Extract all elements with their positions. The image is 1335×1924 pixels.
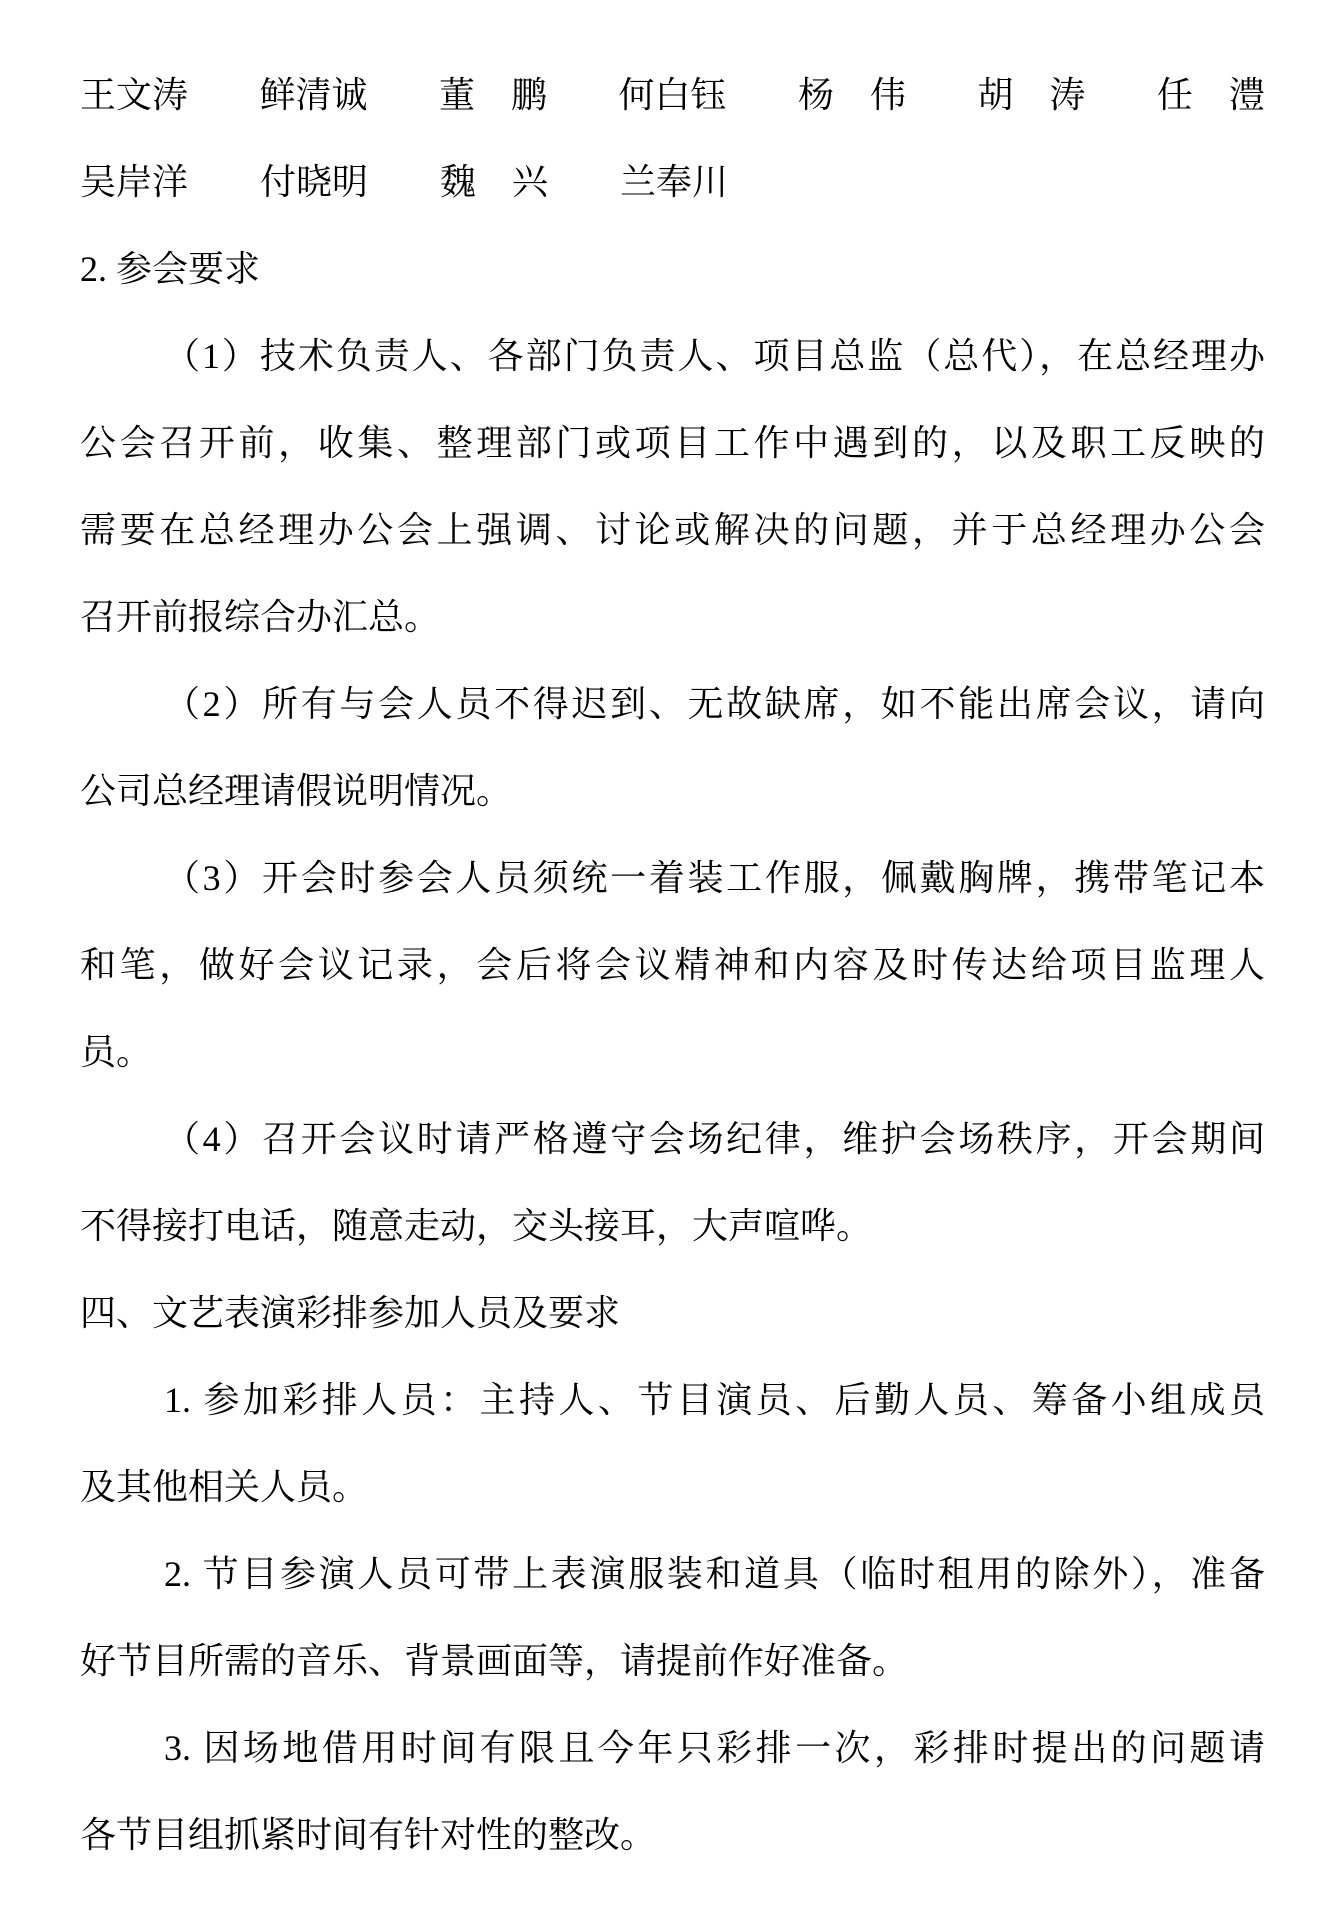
req-1-line-2: 公会召开前，收集、整理部门或项目工作中遇到的，以及职工反映的	[80, 400, 1265, 487]
req-1-line-3: 需要在总经理办公会上强调、讨论或解决的问题，并于总经理办公会	[80, 487, 1265, 574]
rehearsal-1-line-2: 及其他相关人员。	[80, 1444, 1265, 1531]
attendee-name: 董 鹏	[439, 52, 547, 139]
req-3-line-2: 和笔，做好会议记录，会后将会议精神和内容及时传达给项目监理人	[80, 922, 1265, 1009]
document-page: 王文涛 鲜清诚 董 鹏 何白钰 杨 伟 胡 涛 任 澧 吴岸洋 付晓明 魏 兴 …	[0, 0, 1335, 1924]
req-1-line-1: （1）技术负责人、各部门负责人、项目总监（总代），在总经理办	[80, 313, 1265, 400]
rehearsal-1-line-1: 1. 参加彩排人员：主持人、节目演员、后勤人员、筹备小组成员	[80, 1357, 1265, 1444]
attendee-name: 王文涛	[80, 52, 188, 139]
rehearsal-2-line-2: 好节目所需的音乐、背景画面等，请提前作好准备。	[80, 1618, 1265, 1705]
rehearsal-3-line-1: 3. 因场地借用时间有限且今年只彩排一次，彩排时提出的问题请	[80, 1705, 1265, 1792]
rehearsal-3-line-2: 各节目组抓紧时间有针对性的整改。	[80, 1792, 1265, 1879]
req-2-line-2: 公司总经理请假说明情况。	[80, 748, 1265, 835]
attendee-name: 何白钰	[618, 52, 726, 139]
req-3-line-3: 员。	[80, 1009, 1265, 1096]
req-3-line-1: （3）开会时参会人员须统一着装工作服，佩戴胸牌，携带笔记本	[80, 835, 1265, 922]
req-4-line-2: 不得接打电话，随意走动，交头接耳，大声喧哗。	[80, 1183, 1265, 1270]
attendee-name: 杨 伟	[798, 52, 906, 139]
attendee-name: 胡 涛	[977, 52, 1085, 139]
heading-rehearsal-section: 四、文艺表演彩排参加人员及要求	[80, 1270, 1265, 1357]
heading-meeting-requirements: 2. 参会要求	[80, 226, 1265, 313]
attendee-name: 兰奉川	[620, 139, 728, 226]
req-2-line-1: （2）所有与会人员不得迟到、无故缺席，如不能出席会议，请向	[80, 661, 1265, 748]
attendee-name: 鲜清诚	[259, 52, 367, 139]
attendee-name: 吴岸洋	[80, 139, 188, 226]
rehearsal-2-line-1: 2. 节目参演人员可带上表演服装和道具（临时租用的除外），准备	[80, 1531, 1265, 1618]
attendee-name: 任 澧	[1157, 52, 1265, 139]
attendee-name: 付晓明	[260, 139, 368, 226]
attendee-name: 魏 兴	[440, 139, 548, 226]
attendee-names-row-1: 王文涛 鲜清诚 董 鹏 何白钰 杨 伟 胡 涛 任 澧	[80, 52, 1265, 139]
req-1-line-4: 召开前报综合办汇总。	[80, 574, 1265, 661]
req-4-line-1: （4）召开会议时请严格遵守会场纪律，维护会场秩序，开会期间	[80, 1096, 1265, 1183]
attendee-names-row-2: 吴岸洋 付晓明 魏 兴 兰奉川	[80, 139, 1265, 226]
